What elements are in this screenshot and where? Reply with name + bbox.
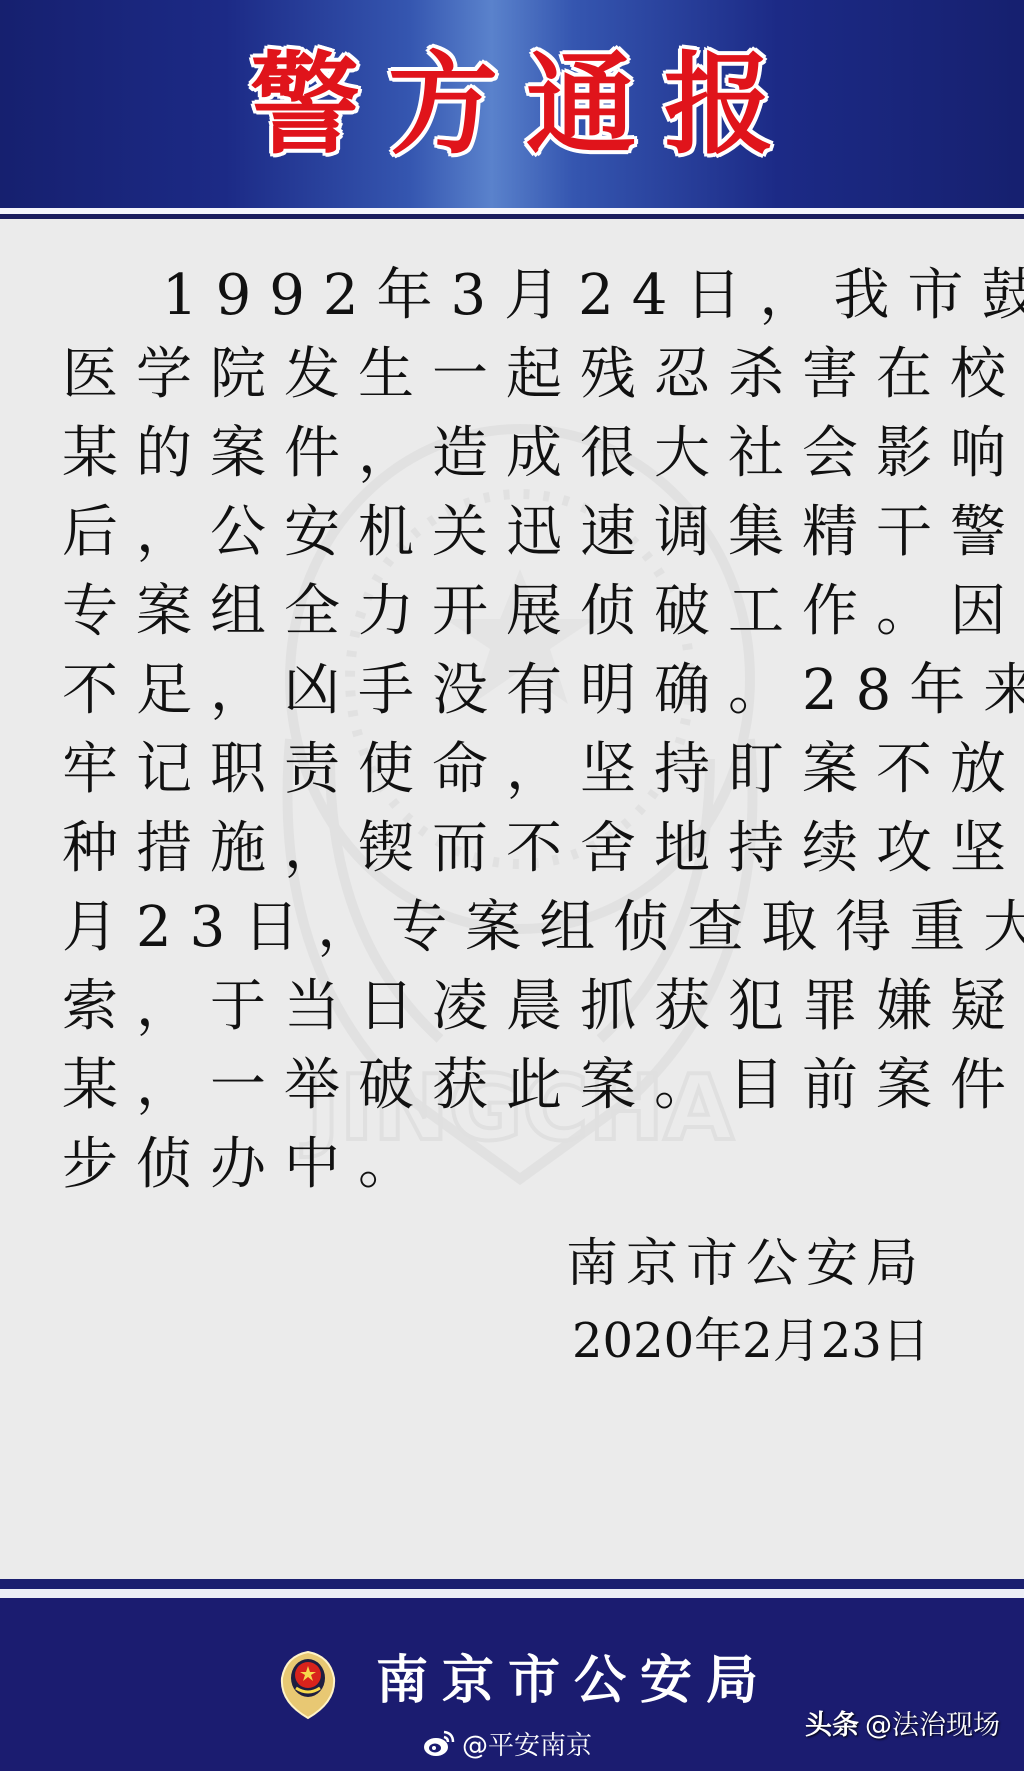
notice-line: 种措施，锲而不舍地持续攻坚。2020年2 — [62, 809, 972, 888]
notice-line: 某，一举破获此案。目前案件正在进一 — [62, 1046, 972, 1125]
notice-line: 牢记职责使命，坚持盯案不放，采取多 — [62, 730, 972, 809]
notice-body: JINGCHA 1992年3月24日，我市鼓楼区原南京 医学院发生一起残忍杀害在… — [0, 219, 1024, 1579]
footer-org-name: 南京市公安局 — [376, 1646, 772, 1716]
weibo-watermark: @平安南京 — [422, 1725, 592, 1761]
notice-line: 医学院发生一起残忍杀害在校女学生林 — [62, 335, 972, 414]
notice-line: 月23日，专案组侦查取得重大破案线 — [62, 888, 972, 967]
notice-title: 警方通报 — [0, 40, 1024, 170]
notice-line: 1992年3月24日，我市鼓楼区原南京 — [62, 256, 972, 335]
footer-divider-light — [0, 1589, 1024, 1598]
weibo-icon — [422, 1728, 456, 1758]
notice-line: 后，公安机关迅速调集精干警力，组成 — [62, 493, 972, 572]
issuer-signature: 南京市公安局 — [566, 1229, 926, 1299]
footer-banner: 南京市公安局 @平安南京 头条@法治现场 — [0, 1598, 1024, 1771]
notice-line: 不足，凶手没有明确。28年来，专案组 — [62, 651, 972, 730]
toutiao-watermark: 头条@法治现场 — [805, 1703, 1000, 1742]
weibo-handle: @平安南京 — [462, 1725, 592, 1762]
header-banner: 警方通报 — [0, 0, 1024, 208]
toutiao-handle: @法治现场 — [865, 1710, 1000, 1741]
issue-date: 2020年2月23日 — [572, 1309, 930, 1373]
notice-line: 索，于当日凌晨抓获犯罪嫌疑人麻某 — [62, 967, 972, 1046]
notice-paragraph: 1992年3月24日，我市鼓楼区原南京 医学院发生一起残忍杀害在校女学生林 某的… — [62, 256, 972, 1204]
police-emblem-icon — [278, 1650, 338, 1720]
notice-line: 专案组全力开展侦破工作。因破案条件 — [62, 572, 972, 651]
toutiao-prefix: 头条 — [805, 1710, 859, 1741]
footer-divider-dark — [0, 1579, 1024, 1589]
notice-line: 某的案件，造成很大社会影响。案发 — [62, 414, 972, 493]
notice-line: 步侦办中。 — [62, 1125, 972, 1204]
